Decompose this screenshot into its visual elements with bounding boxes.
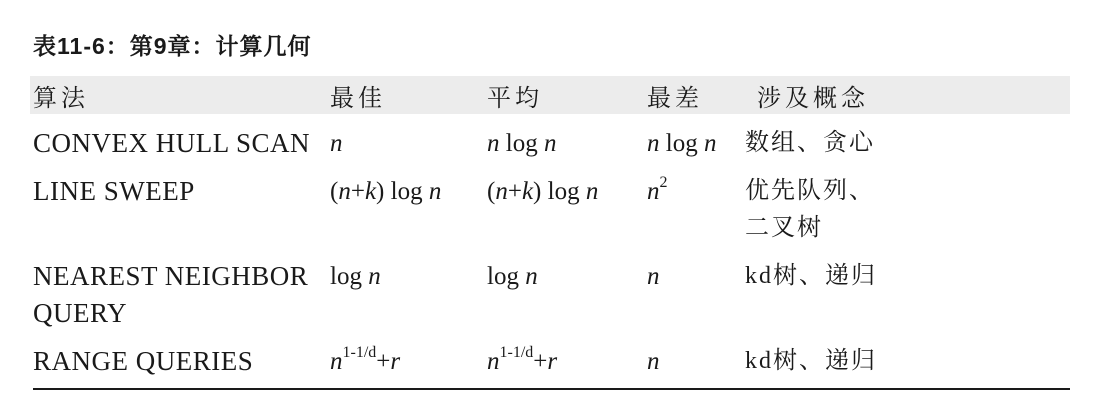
cell-average: n log n <box>487 125 647 162</box>
cell-concepts: 优先队列、二叉树 <box>745 173 1070 247</box>
column-header-worst: 最差 <box>647 78 745 113</box>
cell-worst: n <box>647 258 745 332</box>
cell-best: (n+k) log n <box>330 173 487 247</box>
table-bottom-rule <box>33 388 1070 390</box>
column-header-algorithm: 算法 <box>33 78 330 113</box>
cell-average: log n <box>487 258 647 332</box>
cell-average: (n+k) log n <box>487 173 647 247</box>
cell-average: n1-1/d+r <box>487 343 647 380</box>
column-header-best: 最佳 <box>330 78 487 113</box>
table-row: LINE SWEEP(n+k) log n(n+k) log nn2优先队列、二… <box>30 162 1070 247</box>
column-header-concepts: 涉及概念 <box>745 78 1070 113</box>
cell-worst: n2 <box>647 173 745 247</box>
cell-best: log n <box>330 258 487 332</box>
cell-concepts: 数组、贪心 <box>745 125 1070 162</box>
cell-algorithm: NEAREST NEIGHBORQUERY <box>33 258 330 332</box>
table-caption: 表11-6：第9章：计算几何 <box>33 28 312 61</box>
table-header-row: 算法 最佳 平均 最差 涉及概念 <box>30 76 1070 114</box>
table-body: CONVEX HULL SCANnn log nn log n数组、贪心LINE… <box>30 114 1070 380</box>
complexity-table: 算法 最佳 平均 最差 涉及概念 CONVEX HULL SCANnn log … <box>30 76 1070 390</box>
cell-algorithm: LINE SWEEP <box>33 173 330 247</box>
table-row: RANGE QUERIESn1-1/d+rn1-1/d+rnkd树、递归 <box>30 332 1070 380</box>
cell-concepts: kd树、递归 <box>745 258 1070 332</box>
column-header-average: 平均 <box>487 78 647 113</box>
cell-worst: n log n <box>647 125 745 162</box>
cell-best: n1-1/d+r <box>330 343 487 380</box>
cell-best: n <box>330 125 487 162</box>
cell-concepts: kd树、递归 <box>745 343 1070 380</box>
cell-algorithm: RANGE QUERIES <box>33 343 330 380</box>
table-row: CONVEX HULL SCANnn log nn log n数组、贪心 <box>30 114 1070 162</box>
cell-algorithm: CONVEX HULL SCAN <box>33 125 330 162</box>
cell-worst: n <box>647 343 745 380</box>
table-row: NEAREST NEIGHBORQUERYlog nlog nnkd树、递归 <box>30 247 1070 332</box>
